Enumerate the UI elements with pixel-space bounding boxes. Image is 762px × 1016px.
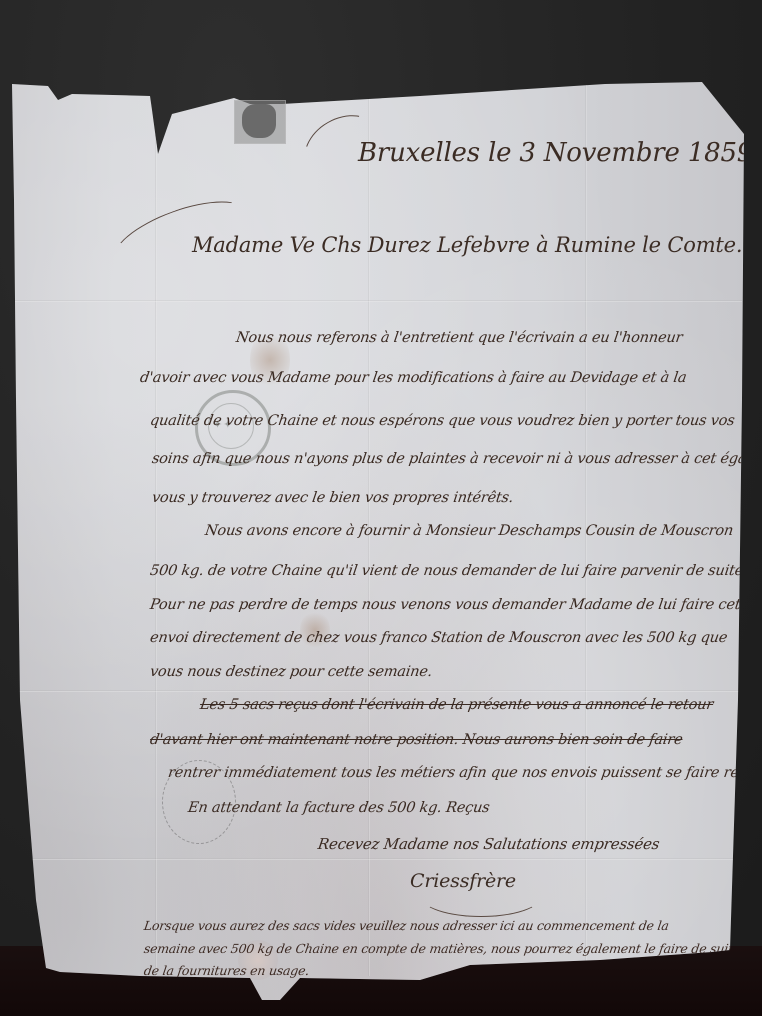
signature-flourish (420, 875, 542, 917)
place-date-heading: Bruxelles le 3 Novembre 1859 (358, 138, 753, 168)
body-line: qualité de votre Chaine et nous espérons… (149, 413, 736, 429)
body-line: envoi directement de chez vous franco St… (149, 630, 729, 646)
body-line: soins afin que nous n'ayons plus de plai… (151, 451, 762, 467)
postscript-line: semaine avec 500 kg de Chaine en compte … (143, 941, 741, 956)
body-line: rentrer immédiatement tous les métiers a… (167, 765, 762, 781)
body-line: vous y trouverez avec le bien vos propre… (151, 490, 514, 506)
body-line: vous nous destinez pour cette semaine. (149, 664, 433, 680)
body-line: Nous avons encore à fournir à Monsieur D… (204, 523, 734, 539)
body-line: En attendant la facture des 500 kg. Reçu… (187, 800, 491, 816)
postscript-line: Lorsque vous aurez des sacs vides veuill… (143, 918, 670, 933)
body-line: d'avoir avec vous Madame pour les modifi… (139, 370, 688, 386)
body-line: Pour ne pas perdre de temps nous venons … (149, 597, 742, 613)
postscript-line: de la fournitures en usage. (143, 963, 310, 978)
fold-line-vertical (155, 80, 157, 976)
body-line-struck: Les 5 sacs reçus dont l'écrivain de la p… (199, 697, 714, 713)
addressee-line: Madame Ve Chs Durez Lefebvre à Rumine le… (192, 233, 742, 257)
letter-paper: ✦✦ Bruxelles le 3 Novembre 1859 Madame V… (0, 0, 762, 1016)
tape-shadow (242, 104, 276, 138)
body-line-struck: d'avant hier ont maintenant notre positi… (149, 732, 684, 748)
body-line: Nous nous referons à l'entretient que l'… (235, 330, 684, 346)
closing-salutation: Recevez Madame nos Salutations empressée… (317, 835, 661, 853)
fold-line-horizontal (10, 858, 742, 860)
fold-line-horizontal (10, 300, 742, 302)
fold-line-horizontal (10, 690, 742, 692)
body-line: 500 kg. de votre Chaine qu'il vient de n… (149, 563, 749, 579)
